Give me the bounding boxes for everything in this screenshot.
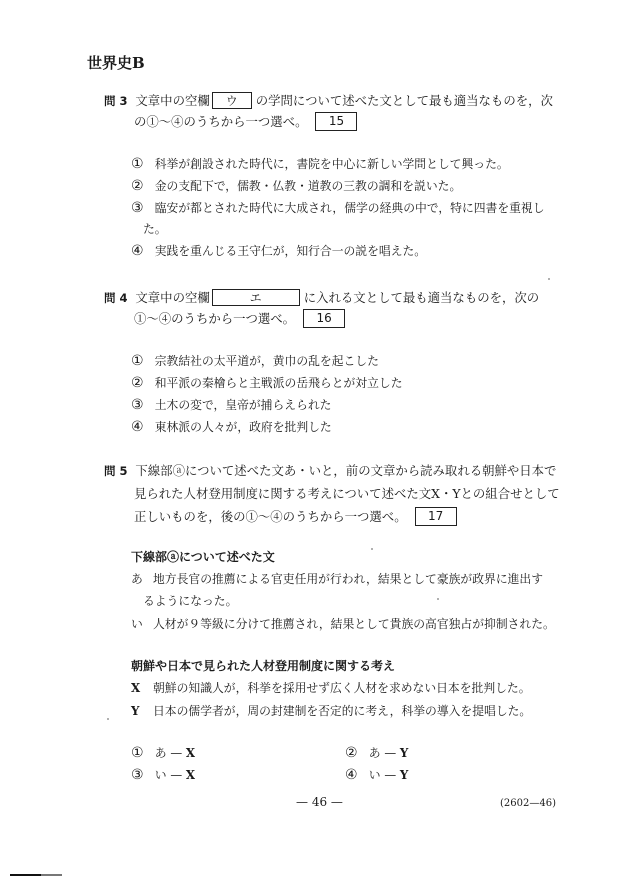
q5-line1: 問 5 下線部ⓐについて述べた文あ・いと，前の文章から読み取れる朝鮮や日本で <box>104 463 556 479</box>
q5-line3: 正しいものを，後の①～④のうちから一つ選べ。17 <box>134 509 457 526</box>
q5-number: 問 5 <box>104 464 128 478</box>
option-text: 土木の変で，皇帝が捕らえられた <box>155 398 332 412</box>
choice-dash: — <box>384 768 396 782</box>
option-text: 宗教結社の太平道が，黄巾の乱を起こした <box>155 354 379 368</box>
q5-statement-a-cont: るようになった。 <box>143 593 237 609</box>
statement-label: あ <box>131 571 153 587</box>
choice-left: い <box>369 768 381 782</box>
subject-heading: 世界史B <box>87 52 145 73</box>
option-mark: ③ <box>131 200 151 216</box>
option-mark: ④ <box>131 243 151 259</box>
q4-answer-box[interactable]: 16 <box>303 309 345 328</box>
q4-prompt-pre: 文章中の空欄 <box>135 290 209 305</box>
q3-prompt-pre: 文章中の空欄 <box>135 93 209 108</box>
q5-choice-3[interactable]: ③ い — X <box>131 767 195 783</box>
q5-prompt-line2: 見られた人材登用制度に関する考えについて述べた文X・Yとの組合せとして <box>134 486 560 502</box>
q4-instruction: ①～④のうちから一つ選べ。 <box>134 311 295 326</box>
statement-text: 朝鮮の知識人が，科挙を採用せず広く人材を求めない日本を批判した。 <box>153 681 531 695</box>
q5-statement-y: Y日本の儒学者が，周の封建制を否定的に考え，科挙の導入を提唱した。 <box>131 703 531 719</box>
q4-option-3[interactable]: ③ 土木の変で，皇帝が捕らえられた <box>131 397 331 413</box>
choice-right: X <box>186 746 195 760</box>
option-text: 科挙が創設された時代に，書院を中心に新しい学問として興った。 <box>155 157 509 171</box>
q4-blank-box: エ <box>212 289 300 306</box>
option-text: 実践を重んじる王守仁が，知行合一の説を唱えた。 <box>155 244 426 258</box>
option-mark: ③ <box>131 397 151 413</box>
q3-option-1[interactable]: ① 科挙が創設された時代に，書院を中心に新しい学問として興った。 <box>131 156 509 172</box>
q3-answer-box[interactable]: 15 <box>315 112 357 131</box>
choice-mark: ② <box>345 745 365 761</box>
scan-speck <box>437 598 439 600</box>
q5-instruction: 正しいものを，後の①～④のうちから一つ選べ。 <box>134 509 407 524</box>
q5-choice-2[interactable]: ② あ — Y <box>345 745 408 761</box>
scan-speck <box>107 718 109 720</box>
statement-text: 地方長官の推薦による官吏任用が行われ，結果として豪族が政界に進出す <box>153 572 543 586</box>
scan-speck <box>371 548 373 550</box>
page-number: — 46 — <box>296 795 343 809</box>
choice-mark: ④ <box>345 767 365 783</box>
statement-text: 日本の儒学者が，周の封建制を否定的に考え，科挙の導入を提唱した。 <box>153 704 531 718</box>
choice-right: Y <box>400 768 408 782</box>
q4-option-1[interactable]: ① 宗教結社の太平道が，黄巾の乱を起こした <box>131 353 379 369</box>
choice-mark: ③ <box>131 767 151 783</box>
q4-prompt-post: に入れる文として最も適当なものを，次の <box>304 290 539 305</box>
q5-answer-box[interactable]: 17 <box>415 507 457 526</box>
q3-instruction: の①～④のうちから一つ選べ。 <box>134 114 307 129</box>
choice-dash: — <box>170 768 182 782</box>
q3-number: 問 3 <box>104 94 128 108</box>
choice-dash: — <box>384 746 396 760</box>
q5-statement-a: あ地方長官の推薦による官吏任用が行われ，結果として豪族が政界に進出す <box>131 571 543 587</box>
statement-label: Y <box>131 703 153 719</box>
q5-prompt-line1: 下線部ⓐについて述べた文あ・いと，前の文章から読み取れる朝鮮や日本で <box>135 463 556 478</box>
q4-option-4[interactable]: ④ 東林派の人々が，政府を批判した <box>131 419 332 435</box>
choice-right: Y <box>400 746 408 760</box>
q3-line2: の①～④のうちから一つ選べ。15 <box>134 114 357 131</box>
q3-option-4[interactable]: ④ 実践を重んじる王守仁が，知行合一の説を唱えた。 <box>131 243 426 259</box>
option-mark: ① <box>131 353 151 369</box>
choice-mark: ① <box>131 745 151 761</box>
option-mark: ① <box>131 156 151 172</box>
option-text: 臨安が都とされた時代に大成され，儒学の経典の中で，特に四書を重視し <box>155 201 545 215</box>
option-text: 東林派の人々が，政府を批判した <box>155 420 332 434</box>
q5-section-a-heading: 下線部ⓐについて述べた文 <box>131 548 275 565</box>
choice-left: あ <box>369 746 381 760</box>
q3-line1: 問 3 文章中の空欄ウの学問について述べた文として最も適当なものを，次 <box>104 93 553 109</box>
q4-number: 問 4 <box>104 291 128 305</box>
scan-speck <box>548 278 550 280</box>
q5-section-b-heading: 朝鮮や日本で見られた人材登用制度に関する考え <box>131 657 395 674</box>
statement-label: X <box>131 680 153 696</box>
option-text: 和平派の秦檜らと主戦派の岳飛らとが対立した <box>155 376 403 390</box>
choice-right: X <box>186 768 195 782</box>
q3-blank-box: ウ <box>212 92 252 109</box>
q3-prompt-post: の学問について述べた文として最も適当なものを，次 <box>256 93 553 108</box>
option-mark: ② <box>131 375 151 391</box>
q3-option-2[interactable]: ② 金の支配下で，儒教・仏教・道教の三教の調和を説いた。 <box>131 178 461 194</box>
q4-option-2[interactable]: ② 和平派の秦檜らと主戦派の岳飛らとが対立した <box>131 375 403 391</box>
q5-statement-x: X朝鮮の知識人が，科挙を採用せず広く人材を求めない日本を批判した。 <box>131 680 531 696</box>
page-code: (2602—46) <box>500 798 556 809</box>
statement-text: 人材が９等級に分けて推薦され，結果として貴族の高官独占が抑制された。 <box>153 617 555 631</box>
q4-line2: ①～④のうちから一つ選べ。16 <box>134 311 345 328</box>
q5-choice-1[interactable]: ① あ — X <box>131 745 195 761</box>
q3-option-3[interactable]: ③ 臨安が都とされた時代に大成され，儒学の経典の中で，特に四書を重視し <box>131 200 545 216</box>
q5-choice-4[interactable]: ④ い — Y <box>345 767 408 783</box>
option-mark: ④ <box>131 419 151 435</box>
choice-left: あ <box>155 746 167 760</box>
q5-statement-i: い人材が９等級に分けて推薦され，結果として貴族の高官独占が抑制された。 <box>131 616 555 632</box>
statement-label: い <box>131 616 153 632</box>
q3-option-3-cont: た。 <box>143 221 167 237</box>
choice-left: い <box>155 768 167 782</box>
option-mark: ② <box>131 178 151 194</box>
q4-line1: 問 4 文章中の空欄エに入れる文として最も適当なものを，次の <box>104 290 539 306</box>
option-text: 金の支配下で，儒教・仏教・道教の三教の調和を説いた。 <box>155 179 462 193</box>
choice-dash: — <box>170 746 182 760</box>
